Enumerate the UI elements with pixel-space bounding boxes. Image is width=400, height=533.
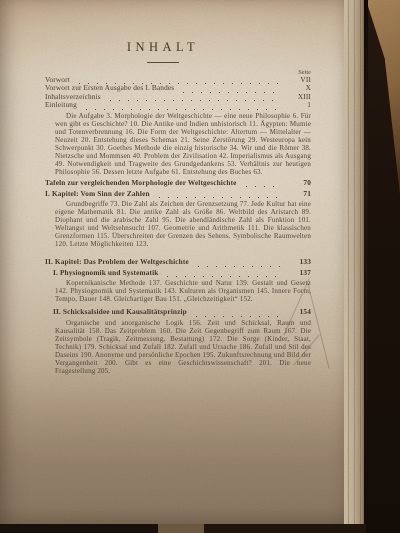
entry-label: I. Physiognomik und Systematik [53,269,158,277]
dot-leader [162,273,281,277]
entry-page: 71 [285,190,311,198]
page-gap-shadow [364,0,368,533]
dot-leader [241,183,281,187]
toc-content: INHALT Seite Vorwort VII Vorwort zur Ers… [45,40,311,375]
einleitung-summary: Die Aufgabe 3. Morphologie der Weltgesch… [55,112,311,176]
schicksalsidee-summary: Organische und anorganische Logik 156. Z… [55,319,311,375]
title-block: INHALT [30,40,296,63]
page-title: INHALT [30,40,296,55]
dot-leader [154,194,281,198]
entry-label: II. Kapitel: Das Problem der Weltgeschic… [45,258,189,266]
entry-label: Einleitung [45,101,77,109]
toc-entry-kapitel-1: I. Kapitel: Vom Sinn der Zahlen 71 [45,190,311,198]
toc-entry-kapitel-2: II. Kapitel: Das Problem der Weltgeschic… [45,258,311,266]
stacked-page-edges [342,0,364,533]
dot-leader [178,89,281,93]
toc-entry-schicksalsidee: II. Schicksalsidee und Kausalitätsprinzi… [53,308,311,316]
book-page: INHALT Seite Vorwort VII Vorwort zur Ers… [0,0,344,533]
dot-leader [105,97,281,101]
toc-entry-physiognomik: I. Physiognomik und Systematik 137 [53,269,311,277]
entry-page: 70 [285,179,311,187]
toc-entry-inhaltsverzeichnis: Inhaltsverzeichnis XIII [45,93,311,101]
entry-page: 137 [285,269,311,277]
entry-page: 133 [285,258,311,266]
page-bottom-edge [0,524,366,533]
toc-entry-tafeln: Tafeln zur vergleichenden Morphologie de… [45,179,311,187]
toc-entry-einleitung: Einleitung 1 [45,101,311,109]
page-column-label: Seite [45,69,311,76]
entry-label: Tafeln zur vergleichenden Morphologie de… [45,179,237,187]
book-photo: INHALT Seite Vorwort VII Vorwort zur Ers… [0,0,400,533]
entry-label: II. Schicksalsidee und Kausalitätsprinzi… [53,308,187,316]
kapitel-1-summary: Grundbegriffe 73. Die Zahl als Zeichen d… [55,200,311,248]
entry-page: 1 [285,101,311,109]
entry-page: 154 [285,308,311,316]
physiognomik-summary: Kopernikanische Methode 137. Geschichte … [55,279,311,303]
entry-label: I. Kapitel: Vom Sinn der Zahlen [45,190,150,198]
dot-leader [81,106,281,110]
dot-leader [191,313,281,317]
title-rule [147,62,179,63]
dot-leader [193,263,281,267]
